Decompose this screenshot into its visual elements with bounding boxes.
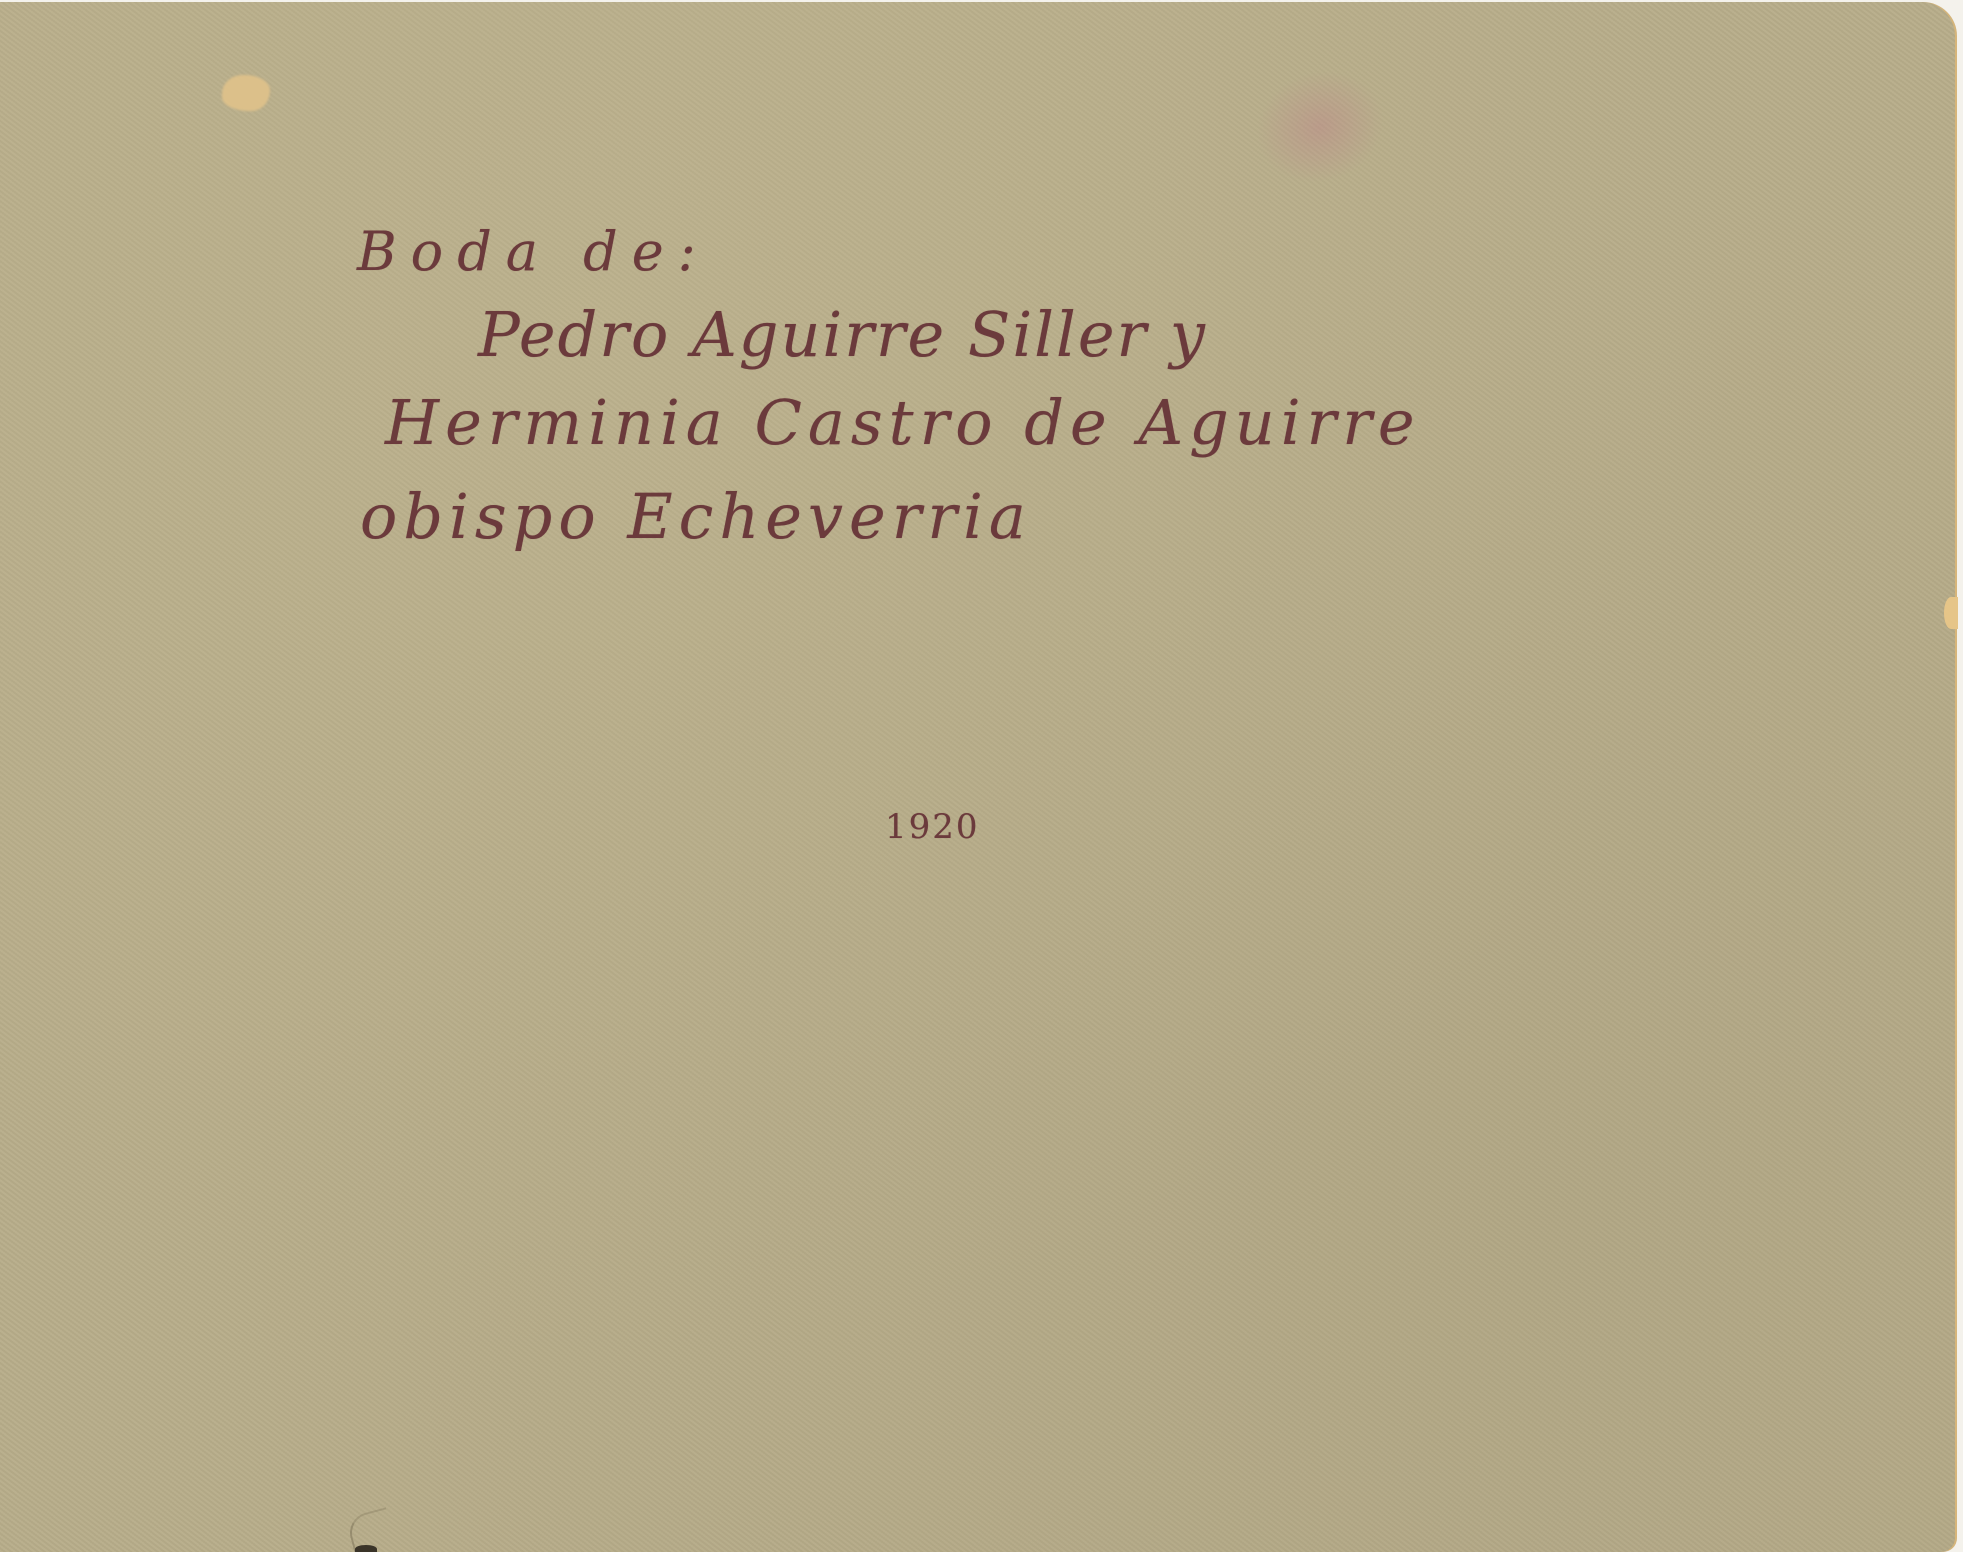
inscription-line-officiant: obispo Echeverria	[360, 480, 1032, 553]
torn-edge	[1944, 597, 1958, 629]
inscription-line-bride: Herminia Castro de Aguirre	[385, 386, 1421, 459]
orange-stain	[222, 75, 270, 111]
inscription-line-heading: Boda de:	[357, 220, 710, 283]
inscription-year: 1920	[885, 807, 980, 847]
scanned-document: Boda de: Pedro Aguirre Siller y Herminia…	[0, 0, 1963, 1552]
inscription-line-groom: Pedro Aguirre Siller y	[478, 298, 1207, 371]
photo-mount-card: Boda de: Pedro Aguirre Siller y Herminia…	[0, 2, 1957, 1552]
pink-stain	[1240, 53, 1400, 201]
dark-spot	[355, 1545, 377, 1552]
